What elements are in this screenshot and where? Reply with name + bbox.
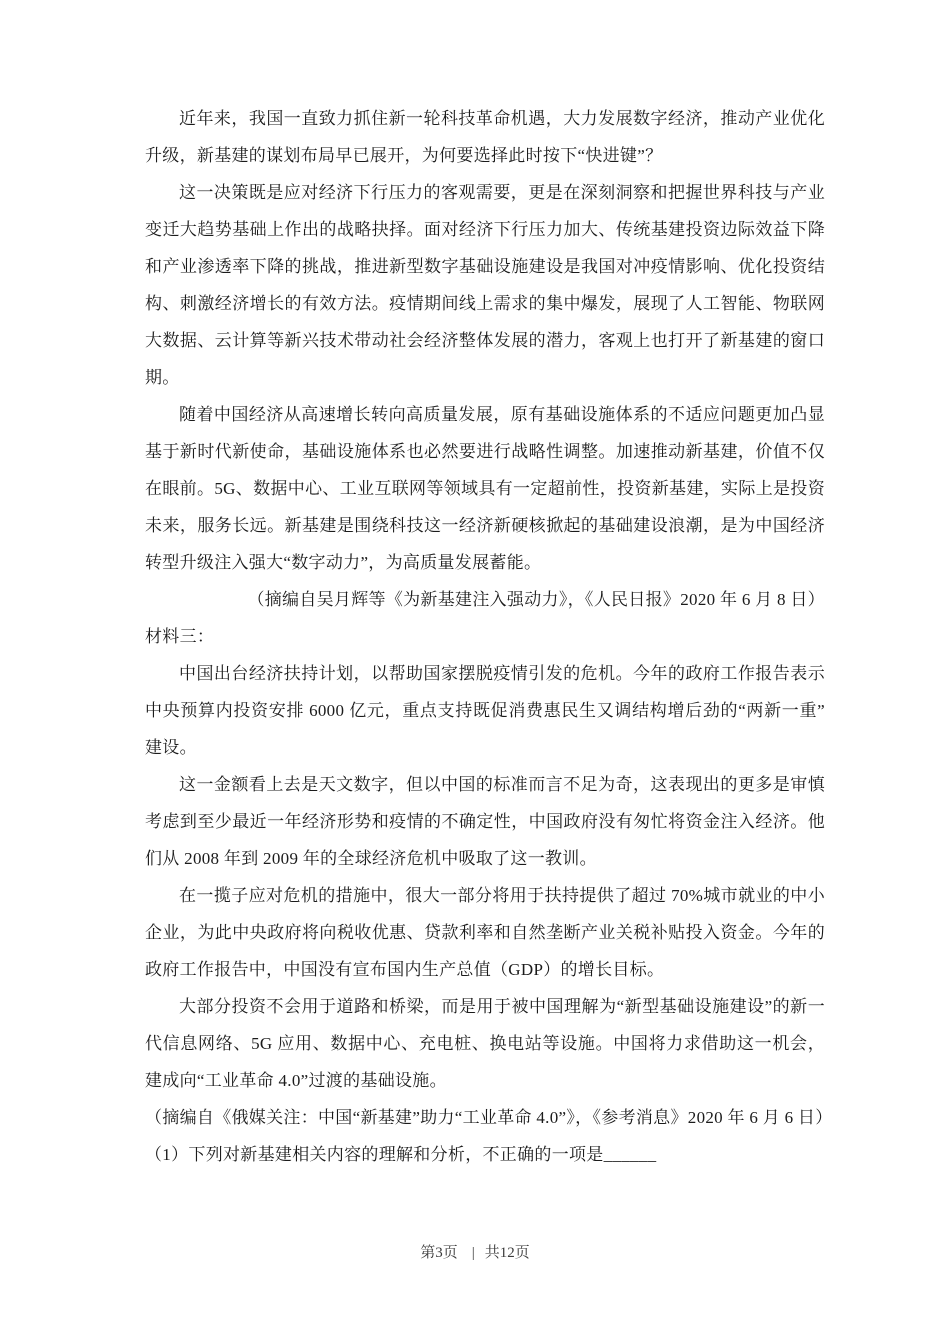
page-number-total: 共12页 [485, 1245, 530, 1261]
paragraph-strategic-decision: 这一决策既是应对经济下行压力的客观需要，更是在深刻洞察和把握世界科技与产业变迁大… [145, 174, 825, 396]
citation-material-two: （摘编自吴月辉等《为新基建注入强动力》，《人民日报》2020 年 6 月 8 日… [145, 581, 825, 618]
page-footer: 第3页|共12页 [0, 1242, 950, 1264]
paragraph-crisis-measures: 在一揽子应对危机的措施中，很大一部分将用于扶持提供了超过 70%城市就业的中小企… [145, 877, 825, 988]
footer-divider: | [472, 1242, 475, 1264]
citation-material-three: （摘编自《俄媒关注：中国“新基建”助力“工业革命 4.0”》，《参考消息》202… [145, 1099, 825, 1136]
paragraph-new-infrastructure-intro: 近年来，我国一直致力抓住新一轮科技革命机遇，大力发展数字经济，推动产业优化升级，… [145, 100, 825, 174]
material-three-label: 材料三： [145, 618, 825, 655]
exam-document-page: { "page": { "background_color": "#ffffff… [0, 0, 950, 1344]
paragraph-investment-targets: 大部分投资不会用于道路和桥梁，而是用于被中国理解为“新型基础设施建设”的新一代信… [145, 988, 825, 1099]
question-1-stem: （1）下列对新基建相关内容的理解和分析，不正确的一项是______ [145, 1136, 825, 1173]
page-number-current: 第3页 [420, 1245, 458, 1261]
paragraph-prudent-amount: 这一金额看上去是天文数字，但以中国的标准而言不足为奇，这表现出的更多是审慎考虑到… [145, 766, 825, 877]
paragraph-high-quality-growth: 随着中国经济从高速增长转向高质量发展，原有基础设施体系的不适应问题更加凸显基于新… [145, 396, 825, 581]
paragraph-economic-support-plan: 中国出台经济扶持计划，以帮助国家摆脱疫情引发的危机。今年的政府工作报告表示中央预… [145, 655, 825, 766]
document-body: 近年来，我国一直致力抓住新一轮科技革命机遇，大力发展数字经济，推动产业优化升级，… [145, 100, 825, 1173]
